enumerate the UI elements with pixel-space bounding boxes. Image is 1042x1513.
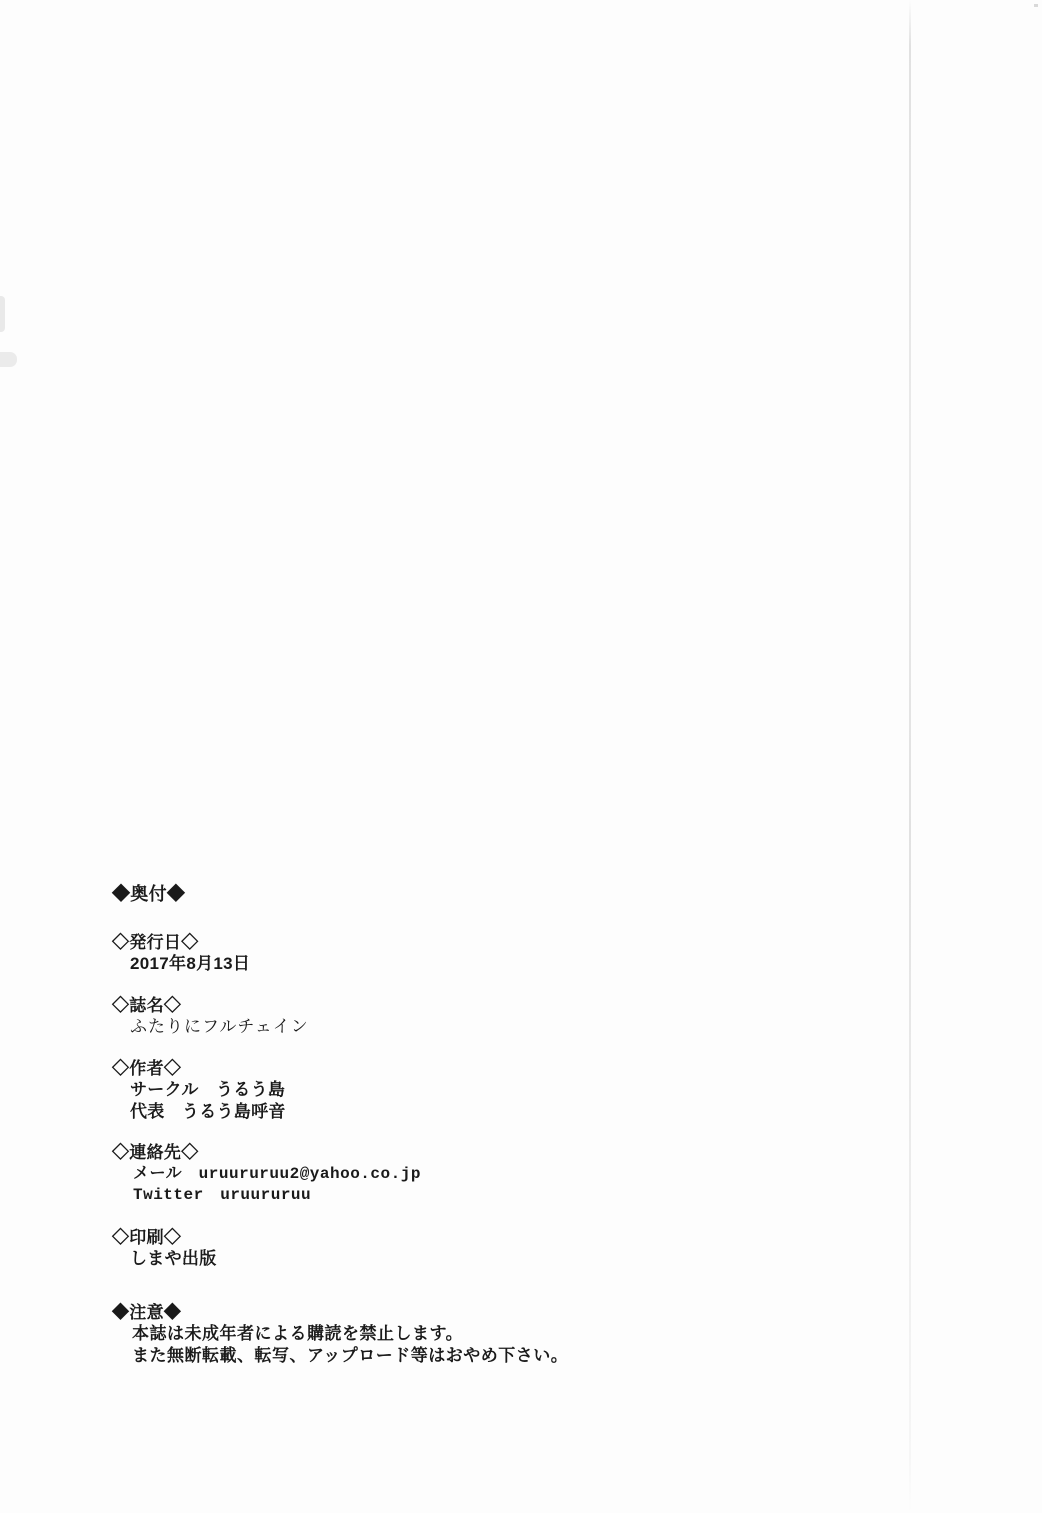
publish-date-section: ◇発行日◇ 2017年8月13日 (112, 932, 732, 975)
scan-edge-line (909, 0, 911, 1513)
scan-smudge-left-bottom (0, 352, 17, 367)
book-title-section: ◇誌名◇ ふたりにフルチェイン (112, 995, 732, 1038)
scan-speck-top-right (1034, 4, 1038, 7)
notice-section: ◆注意◆ 本誌は未成年者による購読を禁止します。 また無断転載、転写、アップロー… (112, 1302, 732, 1367)
publish-date-heading: ◇発行日◇ (112, 932, 732, 954)
printing-section: ◇印刷◇ しまや出版 (112, 1227, 732, 1270)
author-representative: 代表 うるう島呼音 (112, 1101, 732, 1123)
author-circle: サークル うるう島 (112, 1079, 732, 1101)
contact-heading: ◇連絡先◇ (112, 1142, 732, 1164)
printing-value: しまや出版 (112, 1248, 732, 1270)
colophon-block: ◆奥付◆ ◇発行日◇ 2017年8月13日 ◇誌名◇ ふたりにフルチェイン ◇作… (112, 884, 732, 1366)
author-heading: ◇作者◇ (112, 1058, 732, 1080)
contact-section: ◇連絡先◇ メール uruururuu2@yahoo.co.jp Twitter… (112, 1142, 732, 1207)
author-section: ◇作者◇ サークル うるう島 代表 うるう島呼音 (112, 1058, 732, 1123)
book-title-heading: ◇誌名◇ (112, 995, 732, 1017)
publish-date-value: 2017年8月13日 (112, 953, 732, 975)
scanned-page: ◆奥付◆ ◇発行日◇ 2017年8月13日 ◇誌名◇ ふたりにフルチェイン ◇作… (0, 0, 1042, 1513)
contact-twitter: Twitter uruururuu (112, 1185, 732, 1207)
scan-smudge-left-top (0, 296, 5, 332)
notice-heading: ◆注意◆ (112, 1302, 732, 1324)
contact-email: メール uruururuu2@yahoo.co.jp (112, 1164, 732, 1186)
notice-line-1: 本誌は未成年者による購読を禁止します。 (112, 1323, 732, 1345)
colophon-title: ◆奥付◆ (112, 884, 732, 906)
printing-heading: ◇印刷◇ (112, 1227, 732, 1249)
book-title-value: ふたりにフルチェイン (112, 1016, 732, 1038)
notice-line-2: また無断転載、転写、アップロード等はおやめ下さい。 (112, 1345, 732, 1367)
